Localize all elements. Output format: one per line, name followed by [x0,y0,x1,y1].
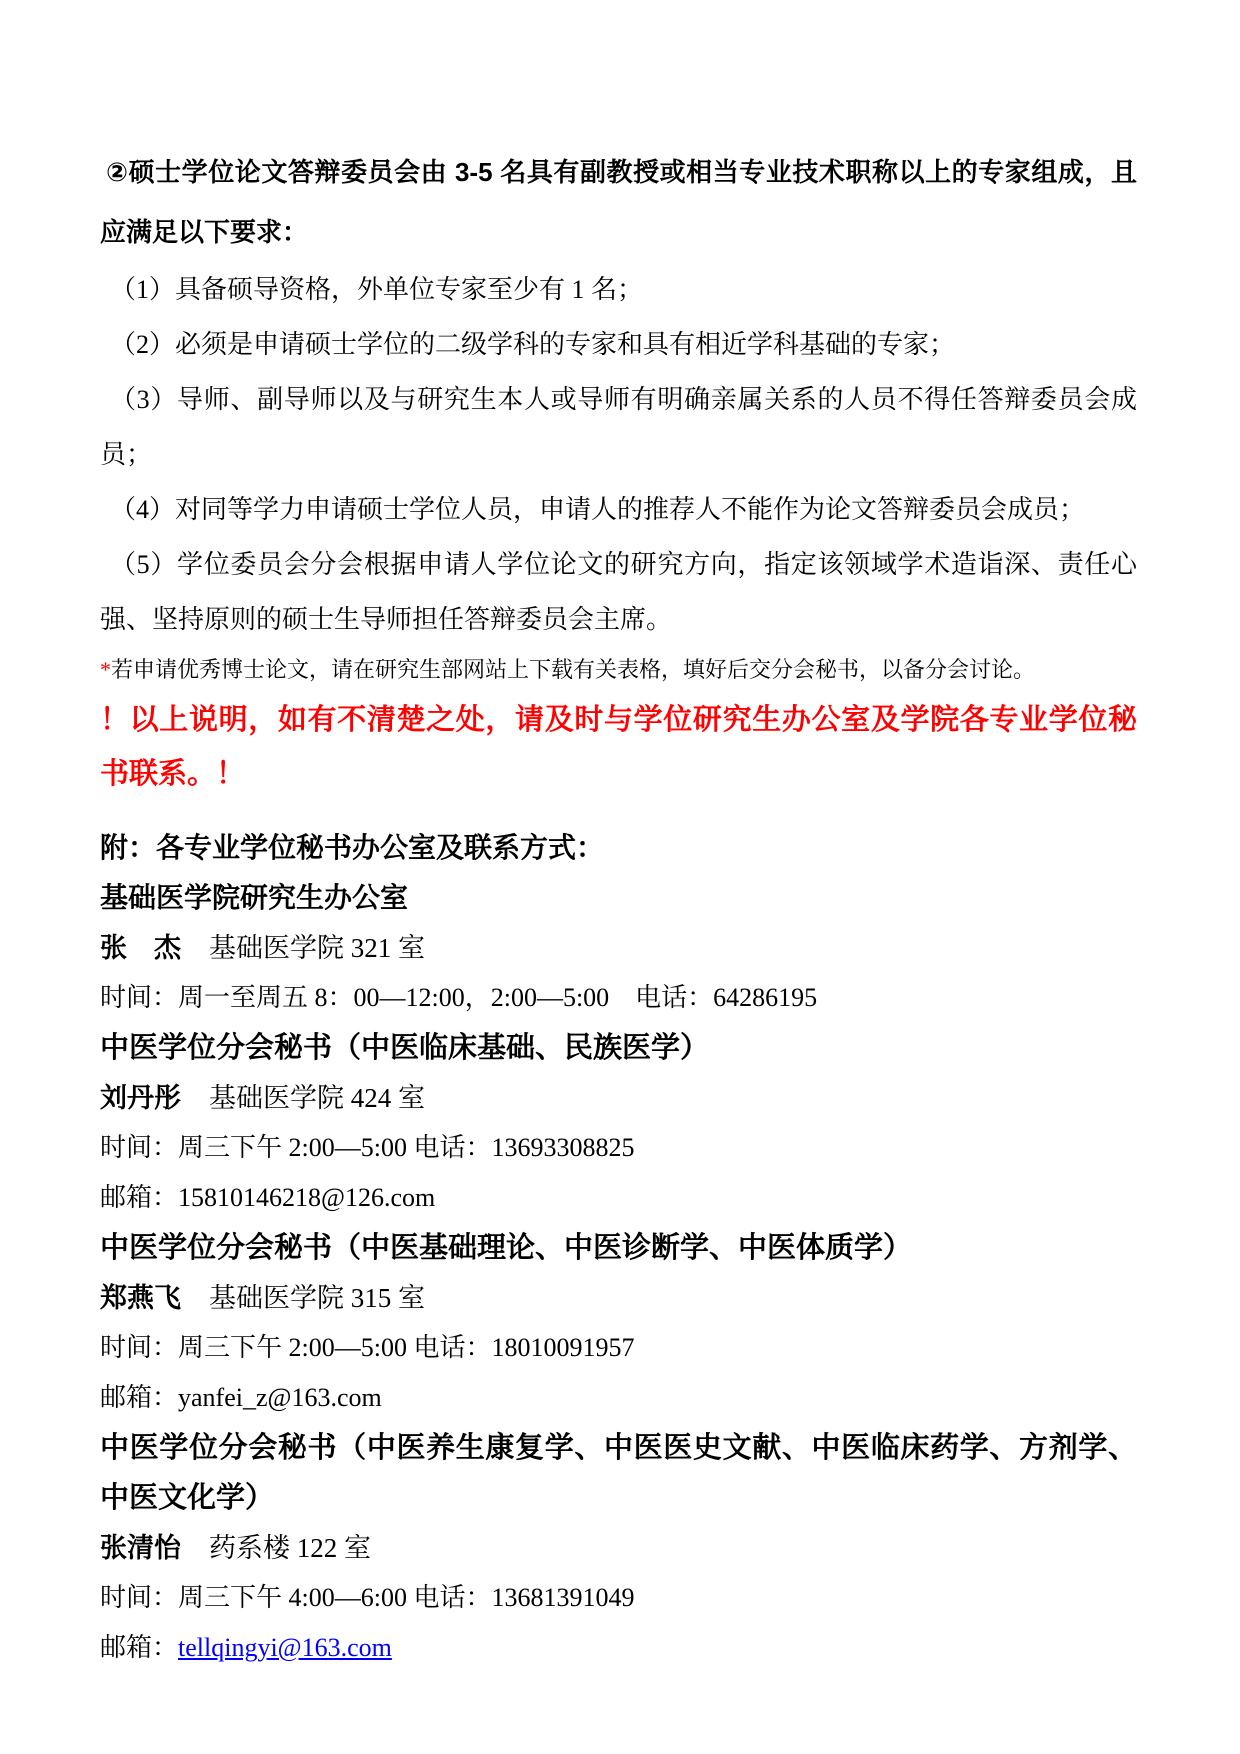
notice-paragraph: ！以上说明，如有不清楚之处，请及时与学位研究生办公室及学院各专业学位秘书联系。！ [100,693,1137,801]
contact-location: 基础医学院 321 室 [209,933,425,963]
requirement-item-4: （4）对同等学力申请硕士学位人员，申请人的推荐人不能作为论文答辩委员会成员； [100,482,1137,537]
secretary-heading: 中医学位分会秘书（中医临床基础、民族医学） [100,1023,1137,1073]
secretary-heading: 中医学位分会秘书（中医养生康复学、中医医史文献、中医临床药学、方剂学、中医文化学… [100,1423,1137,1523]
footnote-asterisk: * [100,657,111,682]
contact-location: 药系楼 122 室 [209,1533,371,1563]
contact-location: 基础医学院 315 室 [209,1283,425,1313]
contact-name: 郑燕飞 [100,1283,181,1313]
contact-time-phone: 时间：周一至周五 8：00—12:00，2:00—5:00 电话：6428619… [100,973,1137,1023]
document-page: ②硕士学位论文答辩委员会由 3-5 名具有副教授或相当专业技术职称以上的专家组成… [0,0,1240,1754]
requirement-item-1: （1）具备硕导资格，外单位专家至少有 1 名； [100,262,1137,317]
contact-email-line: 邮箱：tellqingyi@163.com [100,1623,1137,1673]
secretary-heading: 中医学位分会秘书（中医基础理论、中医诊断学、中医体质学） [100,1223,1137,1273]
contact-person-line: 刘丹彤基础医学院 424 室 [100,1073,1137,1123]
contact-name: 张清怡 [100,1533,181,1563]
contact-time-phone: 时间：周三下午 2:00—5:00 电话：13693308825 [100,1123,1137,1173]
email-label: 邮箱： [100,1633,178,1662]
contact-person-line: 张 杰基础医学院 321 室 [100,923,1137,973]
contact-time-phone: 时间：周三下午 2:00—5:00 电话：18010091957 [100,1323,1137,1373]
appendix-title: 附：各专业学位秘书办公室及联系方式： [100,823,1137,873]
requirement-item-2: （2）必须是申请硕士学位的二级学科的专家和具有相近学科基础的专家； [100,317,1137,372]
requirement-item-3: （3）导师、副导师以及与研究生本人或导师有明确亲属关系的人员不得任答辩委员会成员… [100,372,1137,482]
email-address: 15810146218@126.com [178,1183,435,1212]
contact-time-phone: 时间：周三下午 4:00—6:00 电话：13681391049 [100,1573,1137,1623]
contact-location: 基础医学院 424 室 [209,1083,425,1113]
contact-email-line: 邮箱：yanfei_z@163.com [100,1373,1137,1423]
requirement-item-5: （5）学位委员会分会根据申请人学位论文的研究方向，指定该领域学术造诣深、责任心强… [100,537,1137,647]
email-label: 邮箱： [100,1383,178,1412]
email-link[interactable]: tellqingyi@163.com [178,1633,392,1662]
contact-person-line: 郑燕飞基础医学院 315 室 [100,1273,1137,1323]
footnote-text: 若申请优秀博士论文，请在研究生部网站上下载有关表格，填好后交分会秘书，以备分会讨… [111,657,1035,682]
office-heading: 基础医学院研究生办公室 [100,873,1137,923]
footnote-paragraph: *若申请优秀博士论文，请在研究生部网站上下载有关表格，填好后交分会秘书，以备分会… [100,647,1137,693]
contact-email-line: 邮箱：15810146218@126.com [100,1173,1137,1223]
contact-person-line: 张清怡药系楼 122 室 [100,1523,1137,1573]
contact-name: 刘丹彤 [100,1083,181,1113]
email-address: yanfei_z@163.com [178,1383,382,1412]
email-label: 邮箱： [100,1183,178,1212]
intro-paragraph: ②硕士学位论文答辩委员会由 3-5 名具有副教授或相当专业技术职称以上的专家组成… [100,142,1137,262]
contact-name: 张 杰 [100,933,181,963]
